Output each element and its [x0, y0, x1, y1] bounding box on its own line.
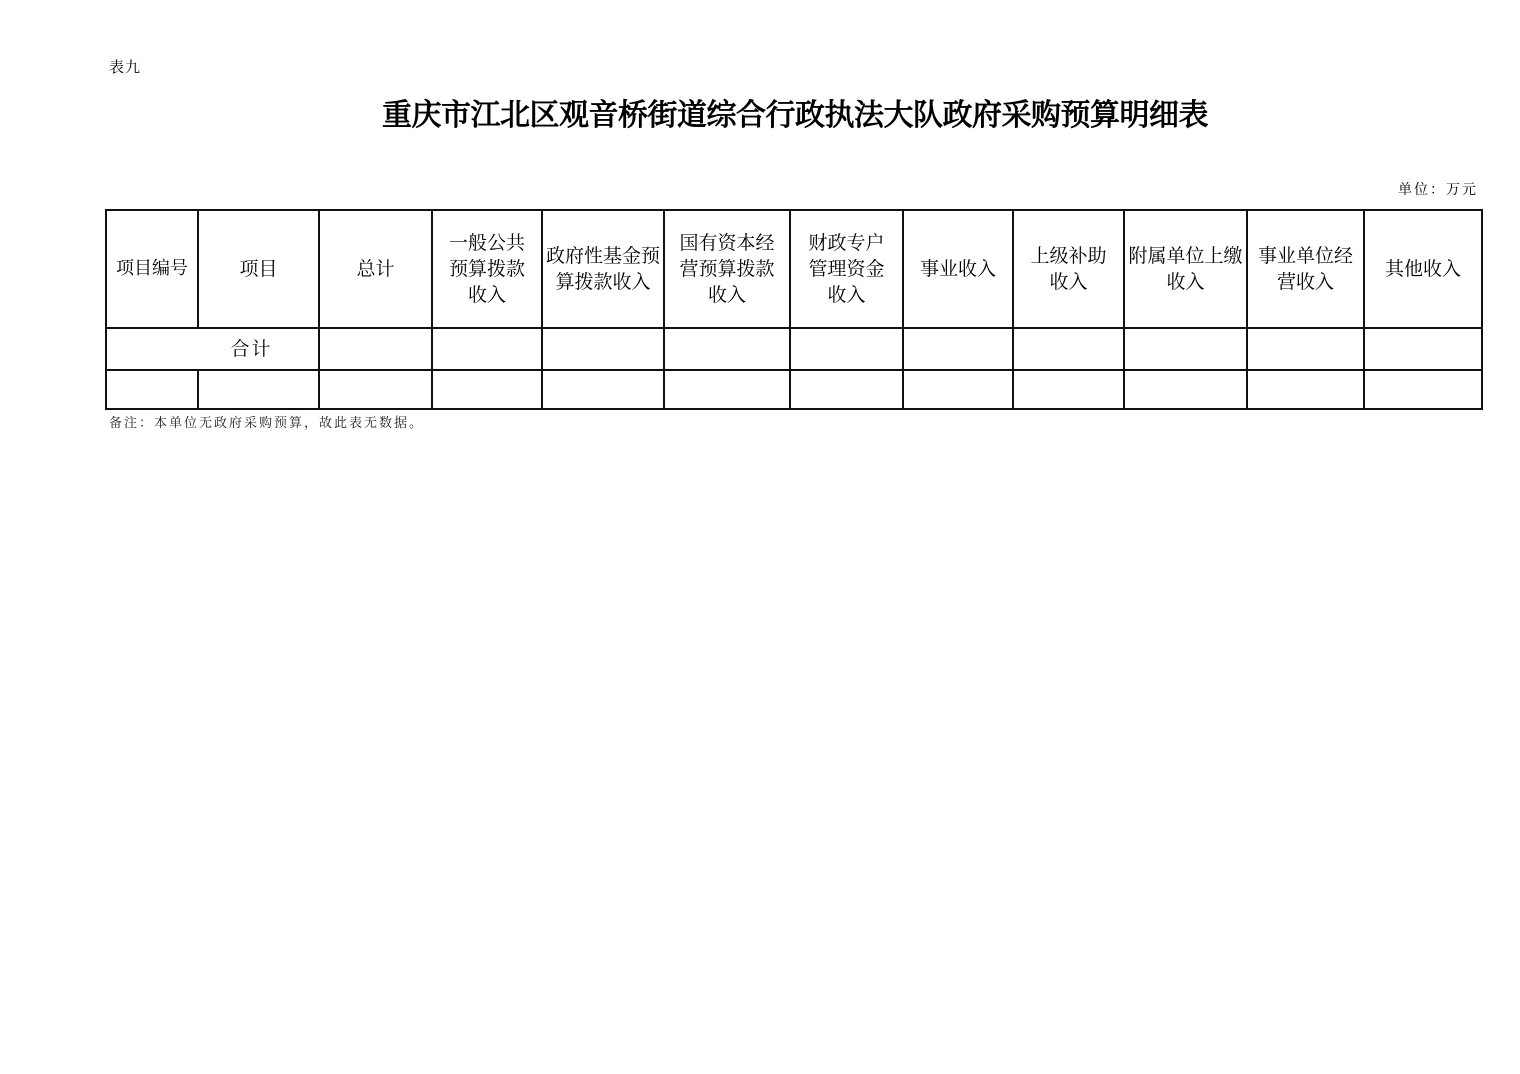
- footnote: 备注：本单位无政府采购预算，故此表无数据。: [109, 412, 424, 431]
- total-cell: [790, 328, 903, 370]
- table-cell: [903, 370, 1013, 409]
- header-affiliated-unit-remittance: 附属单位上缴收入: [1124, 210, 1247, 328]
- header-row: 项目编号 项目 总计 一般公共预算拨款收入 政府性基金预算拨款收入 国有资本经营…: [106, 210, 1482, 328]
- table-number: 表九: [109, 56, 141, 77]
- total-cell: [1124, 328, 1247, 370]
- header-total: 总计: [319, 210, 432, 328]
- total-cell: [432, 328, 542, 370]
- header-general-public-budget: 一般公共预算拨款收入: [432, 210, 542, 328]
- table-cell: [432, 370, 542, 409]
- total-label: 合计: [106, 328, 319, 370]
- header-project-code: 项目编号: [106, 210, 198, 328]
- total-cell: [664, 328, 790, 370]
- table-cell: [198, 370, 319, 409]
- total-cell: [1364, 328, 1482, 370]
- header-superior-subsidy: 上级补助收入: [1013, 210, 1124, 328]
- header-project: 项目: [198, 210, 319, 328]
- total-row: 合计: [106, 328, 1482, 370]
- table-cell: [790, 370, 903, 409]
- total-cell: [1013, 328, 1124, 370]
- total-cell: [1247, 328, 1364, 370]
- table-cell: [1247, 370, 1364, 409]
- total-cell: [319, 328, 432, 370]
- table-cell: [1124, 370, 1247, 409]
- header-special-account-funds: 财政专户管理资金收入: [790, 210, 903, 328]
- header-institution-operating-income: 事业单位经营收入: [1247, 210, 1364, 328]
- table-row: [106, 370, 1482, 409]
- table-cell: [1013, 370, 1124, 409]
- header-other-income: 其他收入: [1364, 210, 1482, 328]
- header-state-capital-budget: 国有资本经营预算拨款收入: [664, 210, 790, 328]
- table-cell: [319, 370, 432, 409]
- unit-label: 单位：万元: [1398, 179, 1478, 199]
- table-cell: [1364, 370, 1482, 409]
- header-business-income: 事业收入: [903, 210, 1013, 328]
- total-cell: [903, 328, 1013, 370]
- table-cell: [542, 370, 664, 409]
- total-cell: [542, 328, 664, 370]
- header-government-fund-budget: 政府性基金预算拨款收入: [542, 210, 664, 328]
- table-cell: [106, 370, 198, 409]
- procurement-budget-table: 项目编号 项目 总计 一般公共预算拨款收入 政府性基金预算拨款收入 国有资本经营…: [105, 209, 1483, 410]
- table-cell: [664, 370, 790, 409]
- page-title: 重庆市江北区观音桥街道综合行政执法大队政府采购预算明细表: [0, 90, 1520, 134]
